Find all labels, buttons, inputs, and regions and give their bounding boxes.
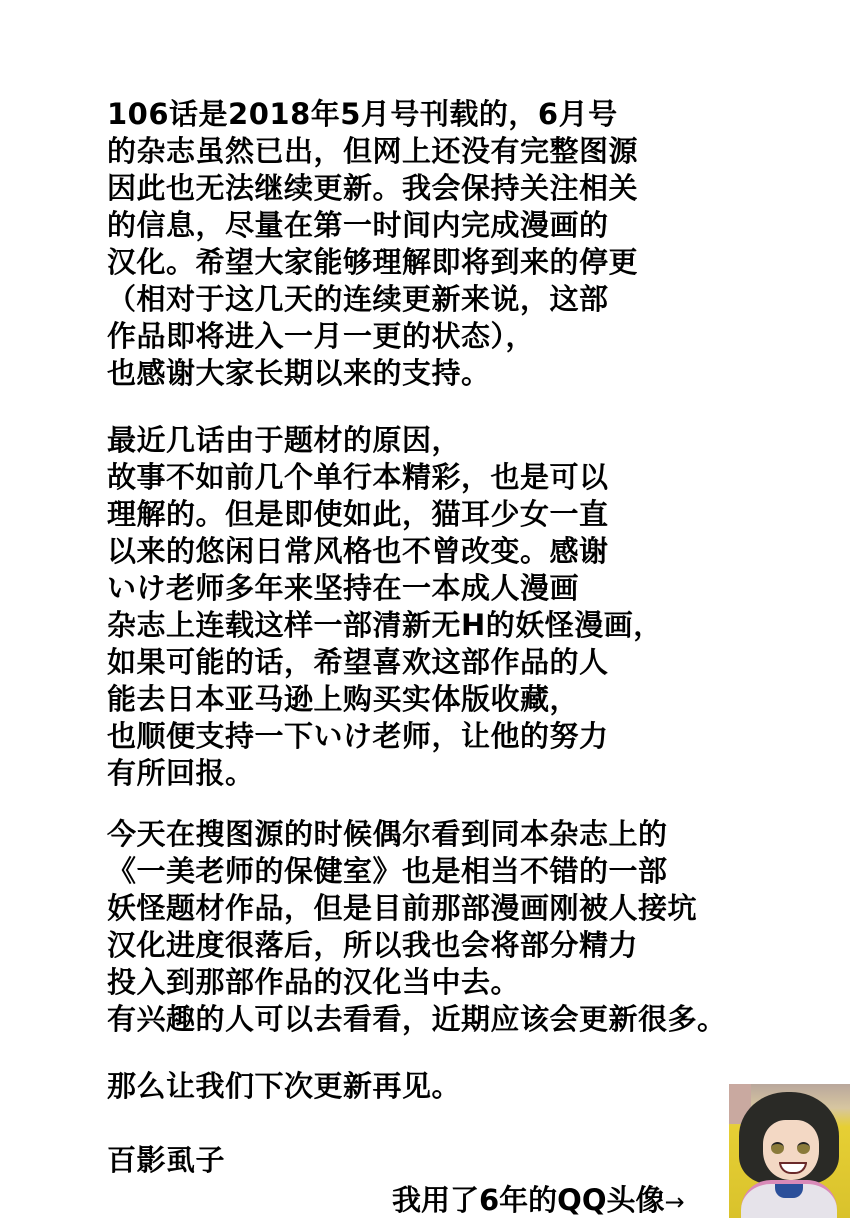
text-line: 妖怪题材作品，但是目前那部漫画刚被人接坑 [107, 891, 697, 925]
text-line: 的信息，尽量在第一时间内完成漫画的 [107, 208, 609, 242]
text-line: 以来的悠闲日常风格也不曾改变。感谢 [107, 534, 609, 568]
avatar-eye-right [797, 1142, 810, 1154]
text-line: 也感谢大家长期以来的支持。 [107, 356, 491, 390]
signature: 百影虱子 [107, 1142, 225, 1179]
text-line: 故事不如前几个单行本精彩，也是可以 [107, 460, 609, 494]
text-line: 也顺便支持一下いけ老师，让他的努力 [107, 719, 609, 753]
text-line: 106话是2018年5月号刊载的，6月号 [107, 97, 618, 131]
text-line: 汉化。希望大家能够理解即将到来的停更 [107, 245, 638, 279]
text-line: 有兴趣的人可以去看看，近期应该会更新很多。 [107, 1002, 727, 1036]
text-line: 投入到那部作品的汉化当中去。 [107, 965, 520, 999]
avatar-collar [775, 1184, 803, 1198]
text-line: 理解的。但是即使如此，猫耳少女一直 [107, 497, 609, 531]
text-line: いけ老师多年来坚持在一本成人漫画 [107, 571, 579, 605]
avatar [729, 1084, 850, 1218]
paragraph-support-author: 最近几话由于题材的原因， 故事不如前几个单行本精彩，也是可以 理解的。但是即使如… [107, 422, 663, 792]
paragraph-farewell: 那么让我们下次更新再见。 [107, 1068, 461, 1105]
text-line: 今天在搜图源的时候偶尔看到同本杂志上的 [107, 817, 668, 851]
text-line: 有所回报。 [107, 756, 255, 790]
translator-note-page: 106话是2018年5月号刊载的，6月号 的杂志虽然已出，但网上还没有完整图源 … [0, 0, 850, 1218]
text-line: 《一美老师的保健室》也是相当不错的一部 [107, 854, 668, 888]
avatar-eye-left [771, 1142, 784, 1154]
avatar-mouth [779, 1162, 807, 1174]
text-line: 能去日本亚马逊上购买实体版收藏， [107, 682, 579, 716]
avatar-caption-text: 我用了6年的QQ头像 [392, 1183, 664, 1217]
text-line: 那么让我们下次更新再见。 [107, 1069, 461, 1103]
text-line: 杂志上连载这样一部清新无H的妖怪漫画， [107, 608, 663, 642]
paragraph-other-work: 今天在搜图源的时候偶尔看到同本杂志上的 《一美老师的保健室》也是相当不错的一部 … [107, 816, 727, 1038]
text-line: 如果可能的话，希望喜欢这部作品的人 [107, 645, 609, 679]
paragraph-update-status: 106话是2018年5月号刊载的，6月号 的杂志虽然已出，但网上还没有完整图源 … [107, 96, 638, 392]
text-line: 因此也无法继续更新。我会保持关注相关 [107, 171, 638, 205]
text-line: （相对于这几天的连续更新来说，这部 [107, 282, 609, 316]
avatar-caption: 我用了6年的QQ头像→ [392, 1183, 685, 1218]
text-line: 最近几话由于题材的原因， [107, 423, 461, 457]
text-line: 作品即将进入一月一更的状态）， [107, 319, 535, 353]
arrow-right-icon: → [664, 1188, 684, 1216]
avatar-face [763, 1120, 819, 1180]
text-line: 的杂志虽然已出，但网上还没有完整图源 [107, 134, 638, 168]
text-line: 汉化进度很落后，所以我也会将部分精力 [107, 928, 638, 962]
